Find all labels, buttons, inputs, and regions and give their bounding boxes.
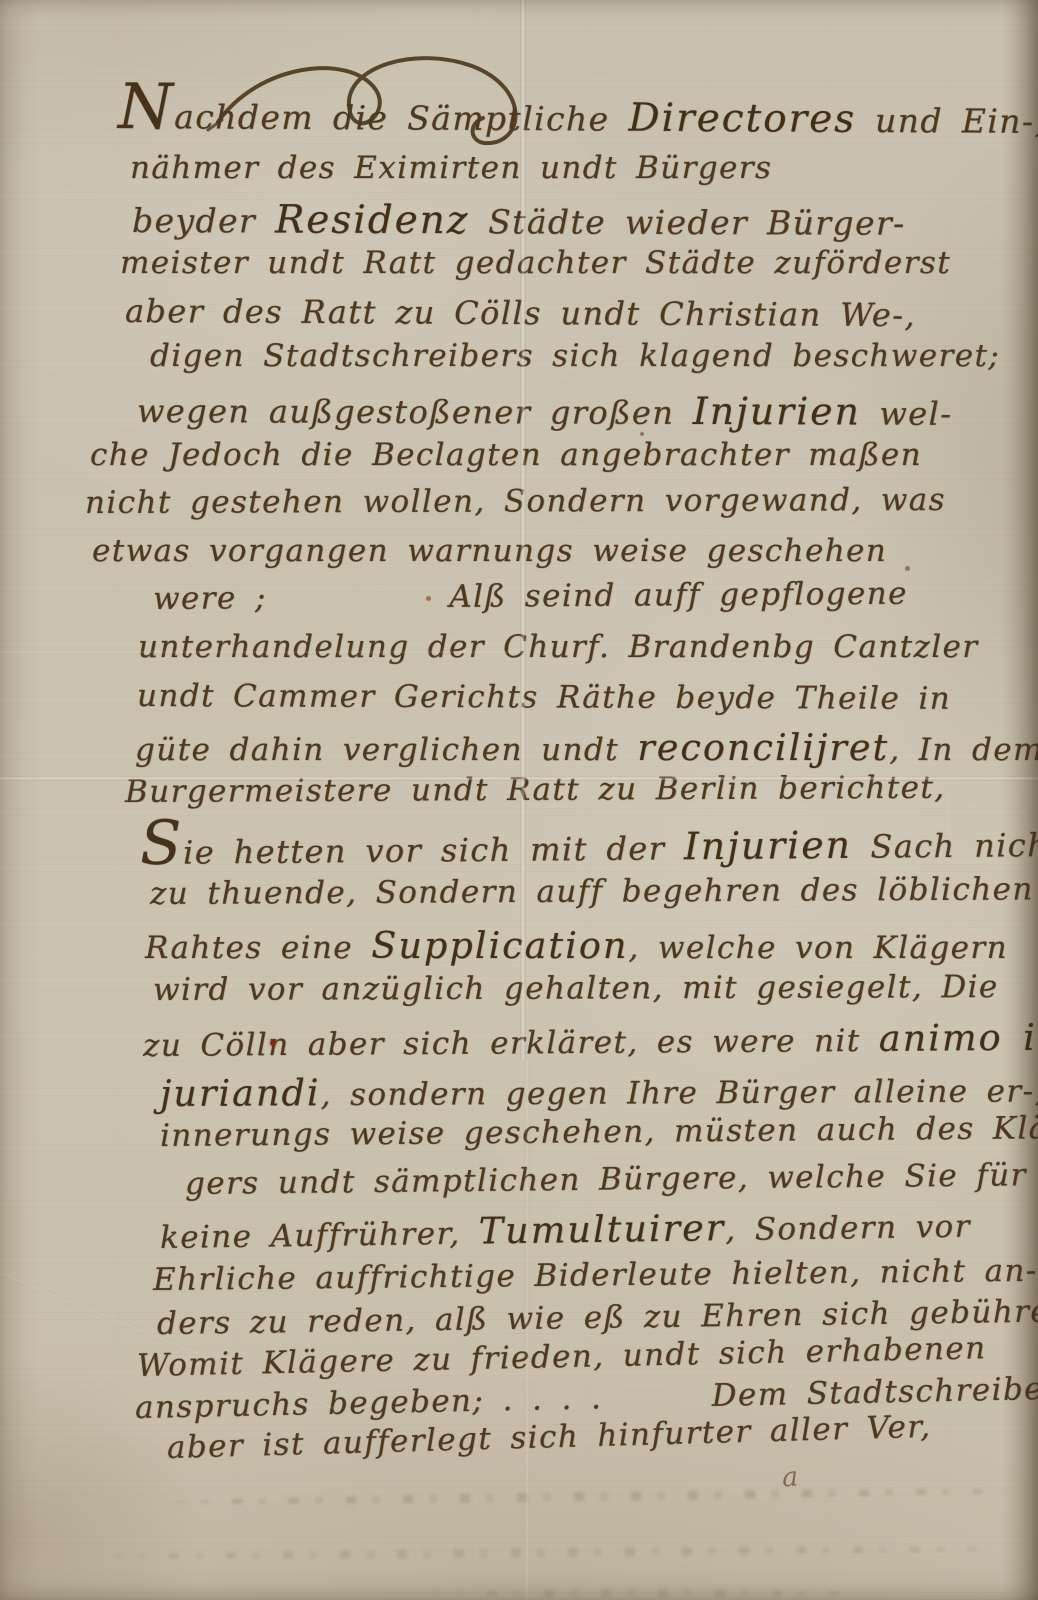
manuscript-line: wegen außgestoßener großen Injurien wel- — [137, 387, 953, 434]
manuscript-line: Sie hetten vor sich mit der Injurien Sac… — [140, 818, 1038, 873]
manuscript-line: Nachdem die Sämptliche Directores und Ei… — [118, 88, 1038, 143]
manuscript-page: Nachdem die Sämptliche Directores und Ei… — [0, 0, 1038, 1600]
manuscript-line: digen Stadtschreibers sich klagend besch… — [150, 338, 1000, 374]
manuscript-line: aber des Ratt zu Cölls undt Christian We… — [125, 292, 916, 334]
manuscript-line: innerungs weise geschehen, müsten auch d… — [160, 1110, 1038, 1154]
manuscript-line: were ; Alß seind auff gepflogene — [153, 576, 908, 617]
manuscript-line: nähmer des Eximirten undt Bürgers — [130, 150, 772, 186]
manuscript-line: Rahtes eine Supplication, welche von Klä… — [145, 924, 1008, 967]
manuscript-line: unterhandelung der Churf. Brandenbg Cant… — [138, 629, 979, 665]
stray-ink-mark: a — [781, 1461, 799, 1493]
manuscript-line: zu Cölln aber sich erkläret, es were nit… — [143, 1015, 1038, 1065]
manuscript-line: undt Cammer Gerichts Räthe beyde Theile … — [137, 678, 951, 717]
manuscript-line: Burgermeistere undt Ratt zu Berlin beric… — [125, 770, 946, 810]
manuscript-line: juriandi, sondern gegen Ihre Bürger alle… — [160, 1067, 1038, 1115]
manuscript-line: meister undt Ratt gedachter Städte zuför… — [120, 245, 951, 281]
manuscript-line: Ehrliche auffrichtige Biderleute hielten… — [153, 1253, 1038, 1298]
manuscript-text-block: Nachdem die Sämptliche Directores und Ei… — [0, 0, 1038, 1600]
manuscript-line: etwas vorgangen warnungs weise geschehen — [92, 533, 887, 569]
manuscript-line: keine Auffrührer, Tumultuirer, Sondern v… — [160, 1203, 971, 1257]
manuscript-line: wird vor anzüglich gehalten, mit gesiege… — [153, 969, 999, 1008]
manuscript-line: che Jedoch die Beclagten angebrachter ma… — [90, 437, 922, 473]
manuscript-line: zu thuende, Sondern auff begehren des lö… — [150, 871, 1034, 912]
manuscript-line: nicht gestehen wollen, Sondern vorgewand… — [85, 482, 946, 521]
manuscript-line: beyder Residenz Städte wieder Bürger- — [132, 197, 906, 245]
manuscript-line: gers undt sämptlichen Bürgere, welche Si… — [185, 1157, 1027, 1202]
manuscript-line: güte dahin verglichen undt reconcilijret… — [135, 726, 1038, 769]
